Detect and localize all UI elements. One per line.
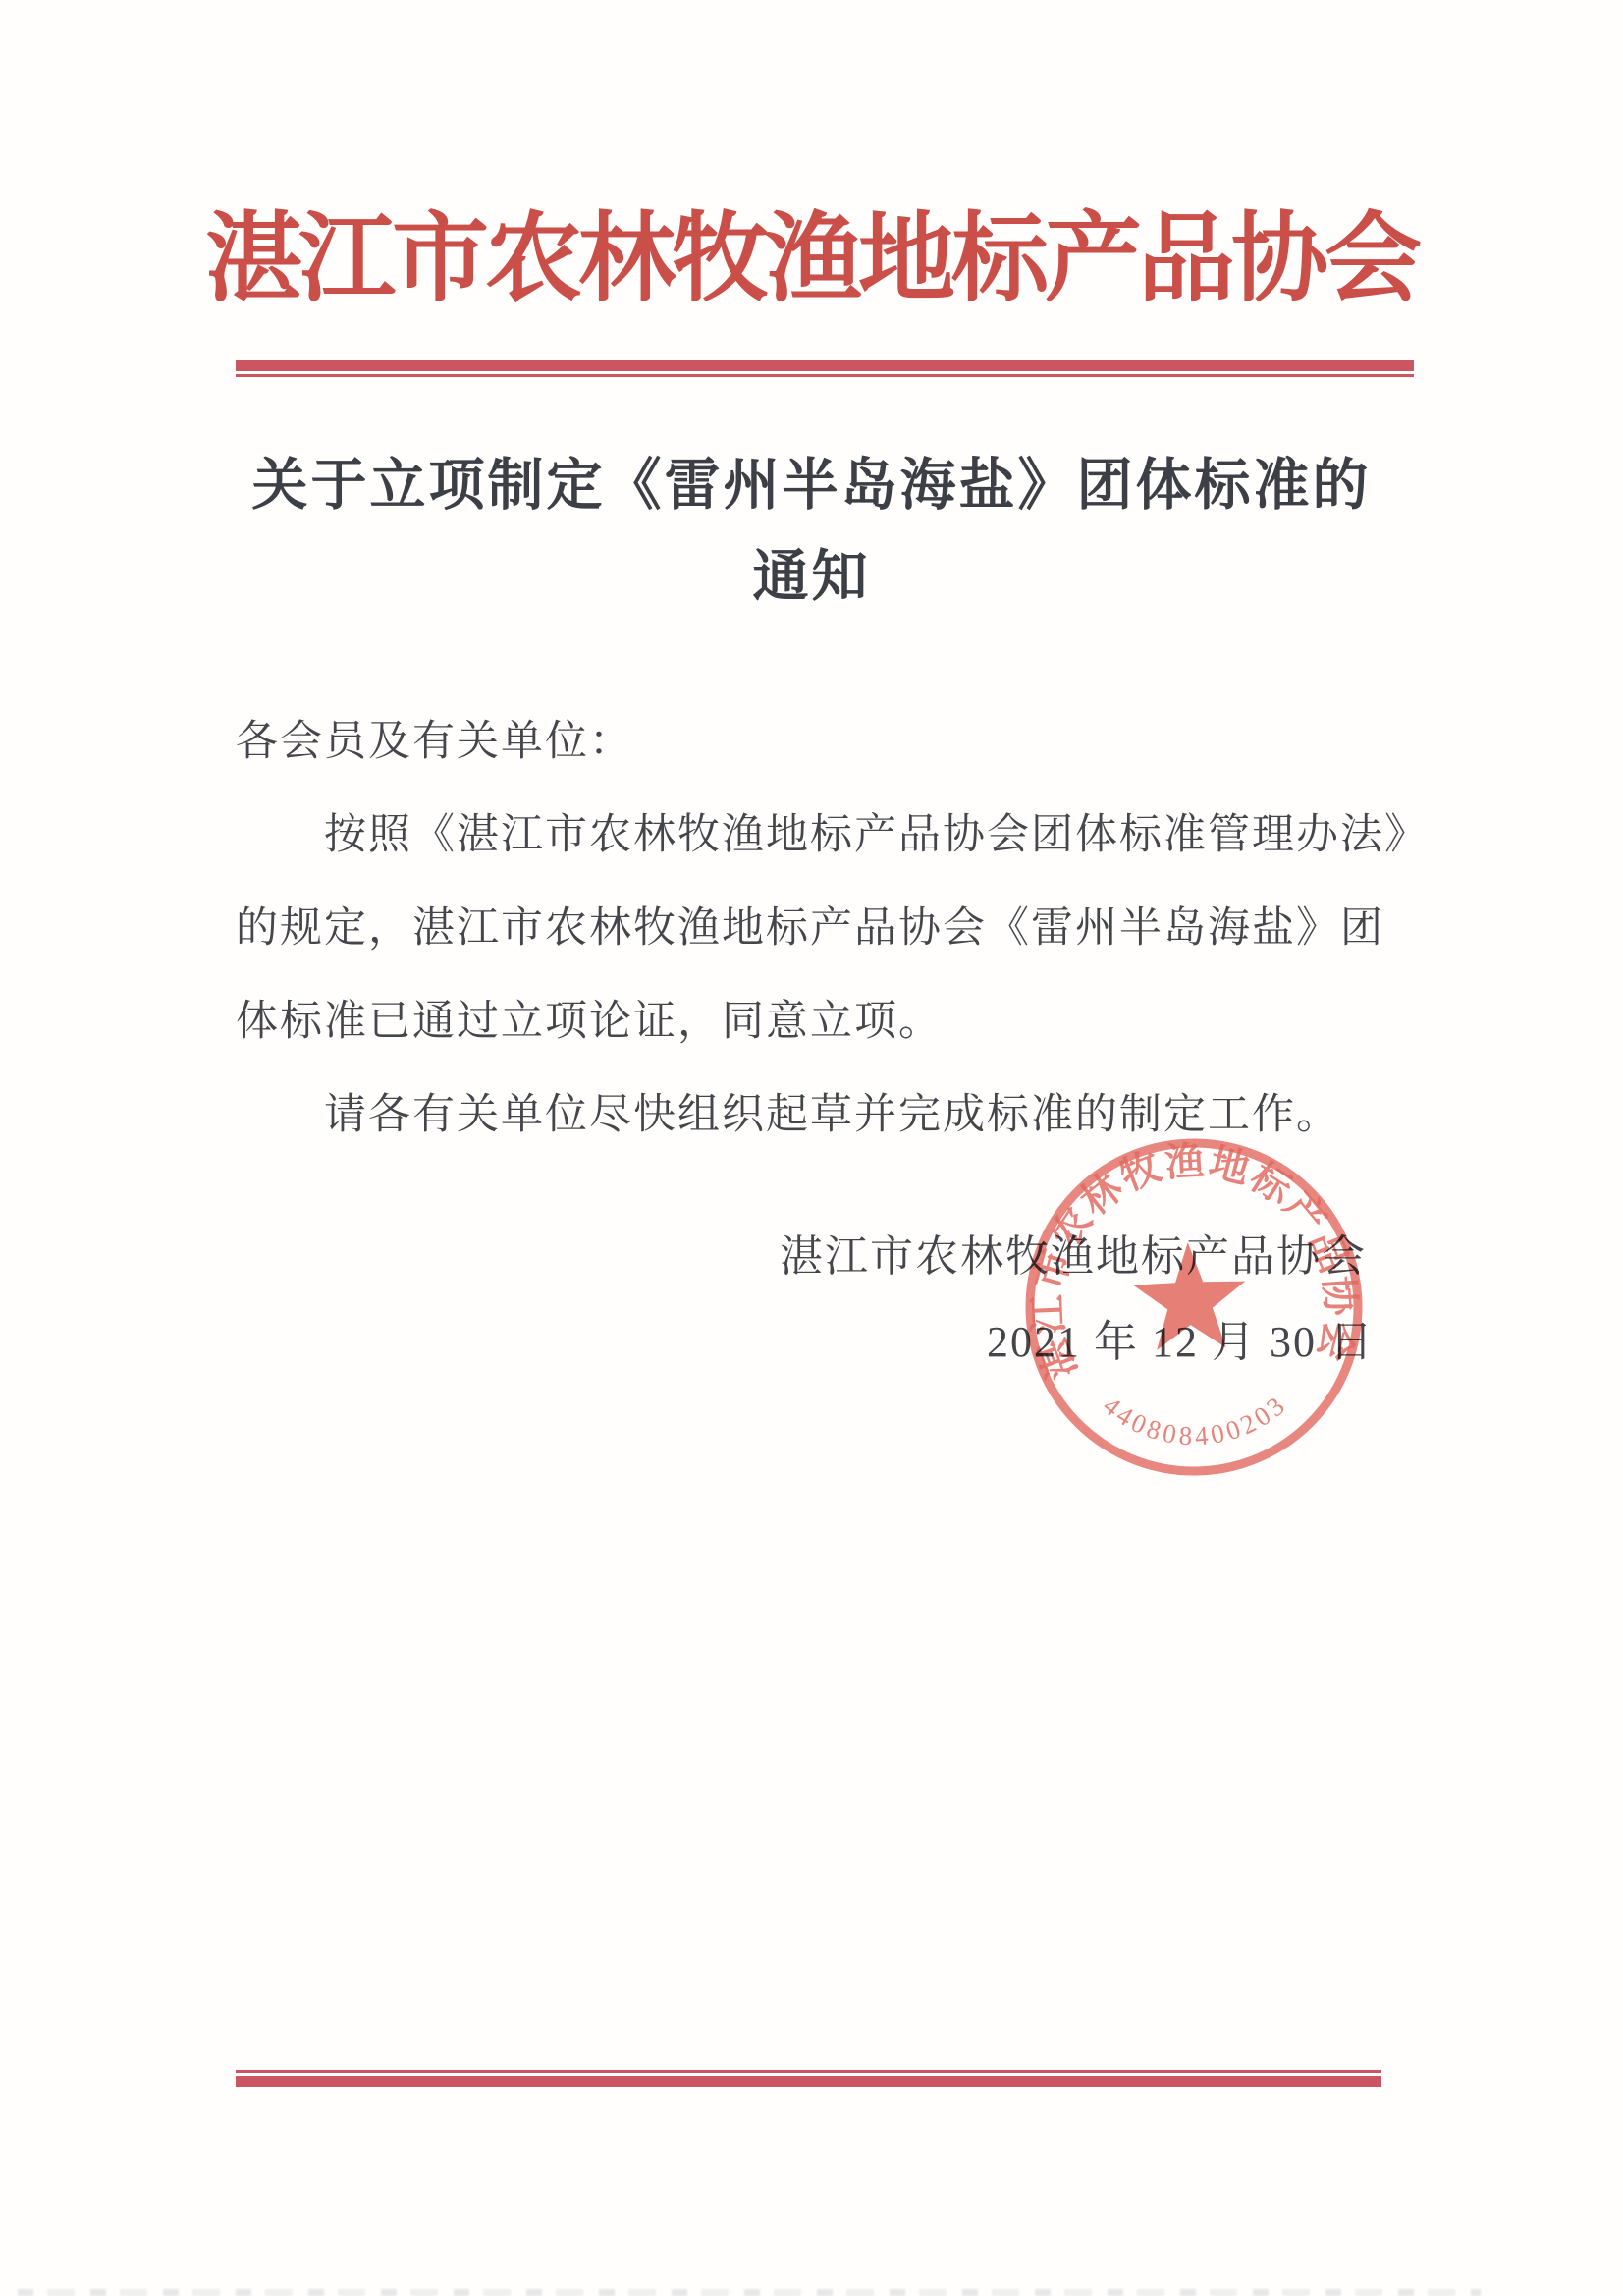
footer-divider-rule	[236, 2070, 1381, 2087]
paragraph1-line1: 按照《湛江市农林牧渔地标产品协会团体标准管理办法》	[236, 789, 1422, 882]
notice-title-line2: 通知	[0, 531, 1623, 623]
official-seal-stamp: 湛江市农林牧渔地标产品协会 440808400203	[1011, 1124, 1377, 1490]
seal-star-icon	[1132, 1240, 1248, 1350]
page-edge-scan-artifact	[18, 2289, 1481, 2296]
paragraph1-line3: 体标准已通过立项论证，同意立项。	[236, 975, 1422, 1068]
seal-graphic: 湛江市农林牧渔地标产品协会 440808400203	[1011, 1124, 1377, 1490]
scanned-notice-document: 湛江市农林牧渔地标产品协会 关于立项制定《雷州半岛海盐》团体标准的 通知 各会员…	[0, 0, 1623, 2296]
notice-title-line1: 关于立项制定《雷州半岛海盐》团体标准的	[0, 440, 1623, 531]
notice-body: 各会员及有关单位： 按照《湛江市农林牧渔地标产品协会团体标准管理办法》 的规定，…	[236, 695, 1422, 1162]
notice-title: 关于立项制定《雷州半岛海盐》团体标准的 通知	[0, 440, 1623, 623]
association-letterhead: 湛江市农林牧渔地标产品协会	[0, 196, 1623, 324]
letterhead-divider-rule	[236, 360, 1414, 377]
seal-code-number: 440808400203	[1097, 1385, 1294, 1454]
salutation-line: 各会员及有关单位：	[236, 695, 1422, 789]
svg-text:440808400203: 440808400203	[1097, 1385, 1294, 1454]
paragraph1-line2: 的规定，湛江市农林牧渔地标产品协会《雷州半岛海盐》团	[236, 882, 1422, 975]
